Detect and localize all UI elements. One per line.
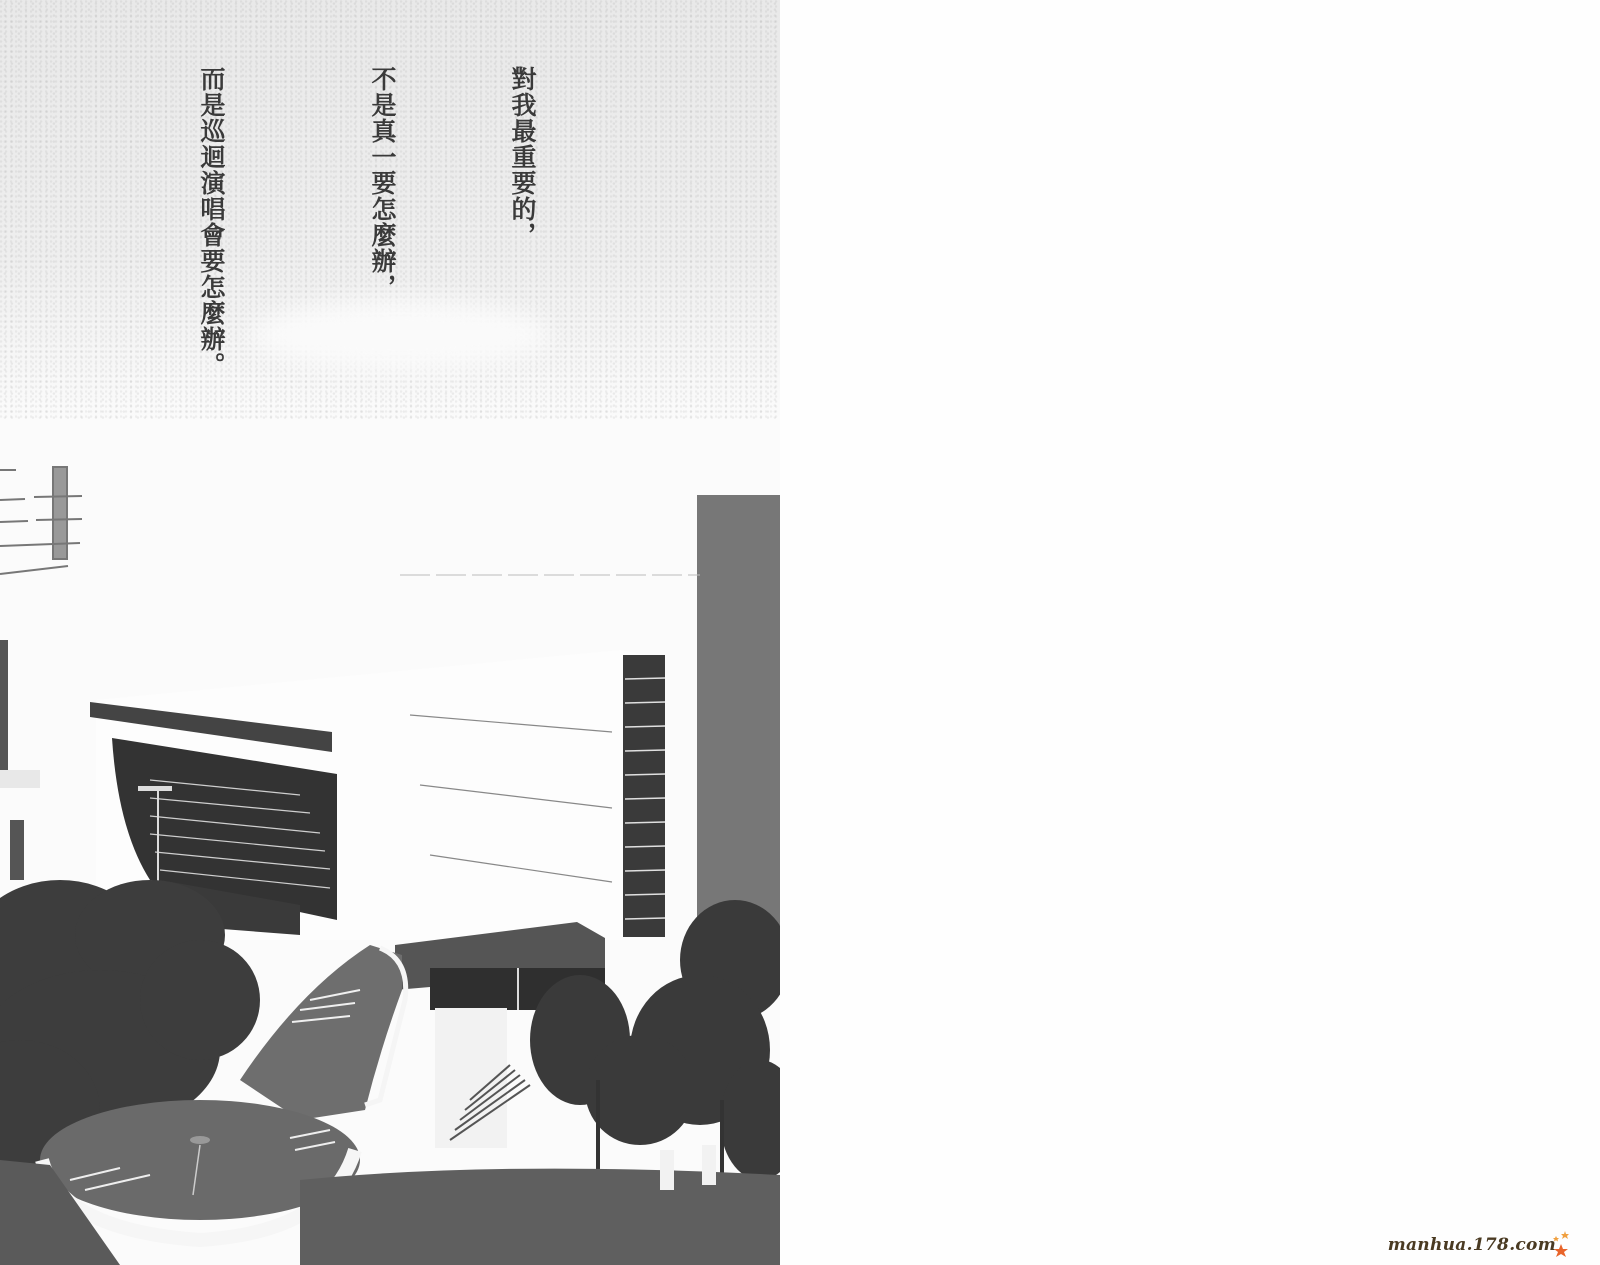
- caption-line-3: 而是巡迴演唱會要怎麼辦。: [199, 66, 224, 378]
- caption-line-1: 對我最重要的，: [510, 66, 535, 248]
- site-watermark: manhua.178.com: [1388, 1235, 1556, 1255]
- utility-pole-icon: [0, 467, 82, 574]
- caption-line-2: 不是真一要怎麼辦，: [370, 66, 395, 300]
- manga-page-left: 對我最重要的， 不是真一要怎麼辦， 而是巡迴演唱會要怎麼辦。: [0, 0, 780, 1265]
- star-icon: [1552, 1231, 1570, 1257]
- manga-page-right-blank: manhua.178.com: [780, 0, 1600, 1265]
